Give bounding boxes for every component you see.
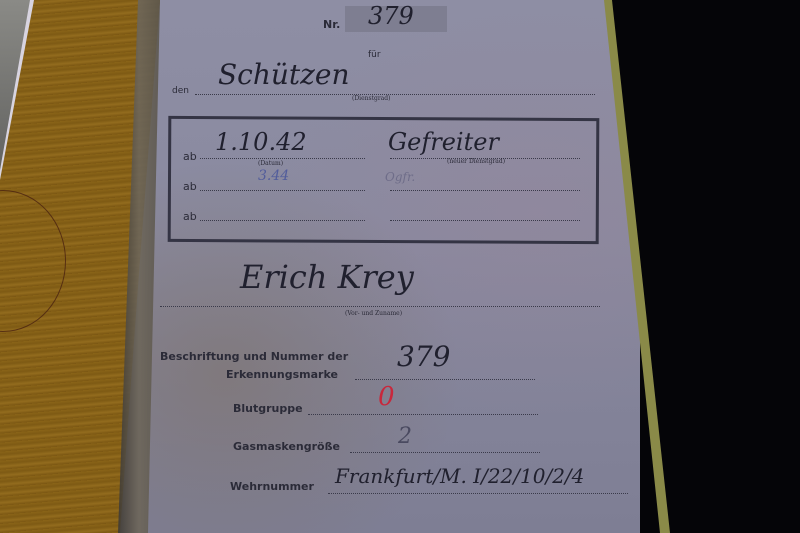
blutgruppe-label: Blutgruppe [233,402,303,415]
gasmaske-label: Gasmaskengröße [233,440,340,453]
promotion-row-1-date: 1.10.42 [215,128,307,156]
name-line [160,306,600,307]
wehrnummer-line [328,493,628,494]
promotion-row-1-prefix: ab [183,150,197,163]
erkennungsmarke-label-line-1: Beschriftung und Nummer der [160,350,348,363]
cover-stain-ring [0,190,66,332]
dienstgrad-line [195,94,595,95]
promotion-row-3-date-line [200,220,365,221]
blutgruppe-value: 0 [378,382,395,412]
promotion-row-1-rank: Gefreiter [388,128,499,156]
name-value: Erich Krey [240,258,414,296]
promotion-row-2-date: 3.44 [258,168,289,184]
gasmaske-line [350,452,540,453]
erkennungsmarke-value: 379 [397,340,450,373]
rank-caption: (neuer Dienstgrad) [447,158,505,165]
dienstgrad-caption: (Dienstgrad) [352,95,390,102]
promotion-row-2-prefix: ab [183,180,197,193]
promotion-row-2-rank-line [390,190,580,191]
fuer-label: für [368,50,381,60]
promotion-row-2-date-line [200,190,365,191]
gasmaske-value: 2 [398,424,412,449]
promotion-row-3-rank-line [390,220,580,221]
dienstgrad-value: Schützen [218,58,350,91]
erkennungsmarke-line [355,379,535,380]
blutgruppe-line [308,414,538,415]
erkennungsmarke-label-line-2: Erkennungsmarke [226,368,338,381]
wehrnummer-value: Frankfurt/M. I/22/10/2/4 [335,464,584,488]
promotion-row-1-date-line [200,158,365,159]
nr-label: Nr. [323,18,340,31]
wehrnummer-label: Wehrnummer [230,480,314,493]
date-caption: (Datum) [258,160,283,167]
name-caption: (Vor- und Zuname) [345,310,402,317]
den-label: den [172,86,189,96]
nr-value: 379 [368,2,414,30]
promotion-row-2-rank: Ogfr. [385,170,415,184]
promotion-row-3-prefix: ab [183,210,197,223]
